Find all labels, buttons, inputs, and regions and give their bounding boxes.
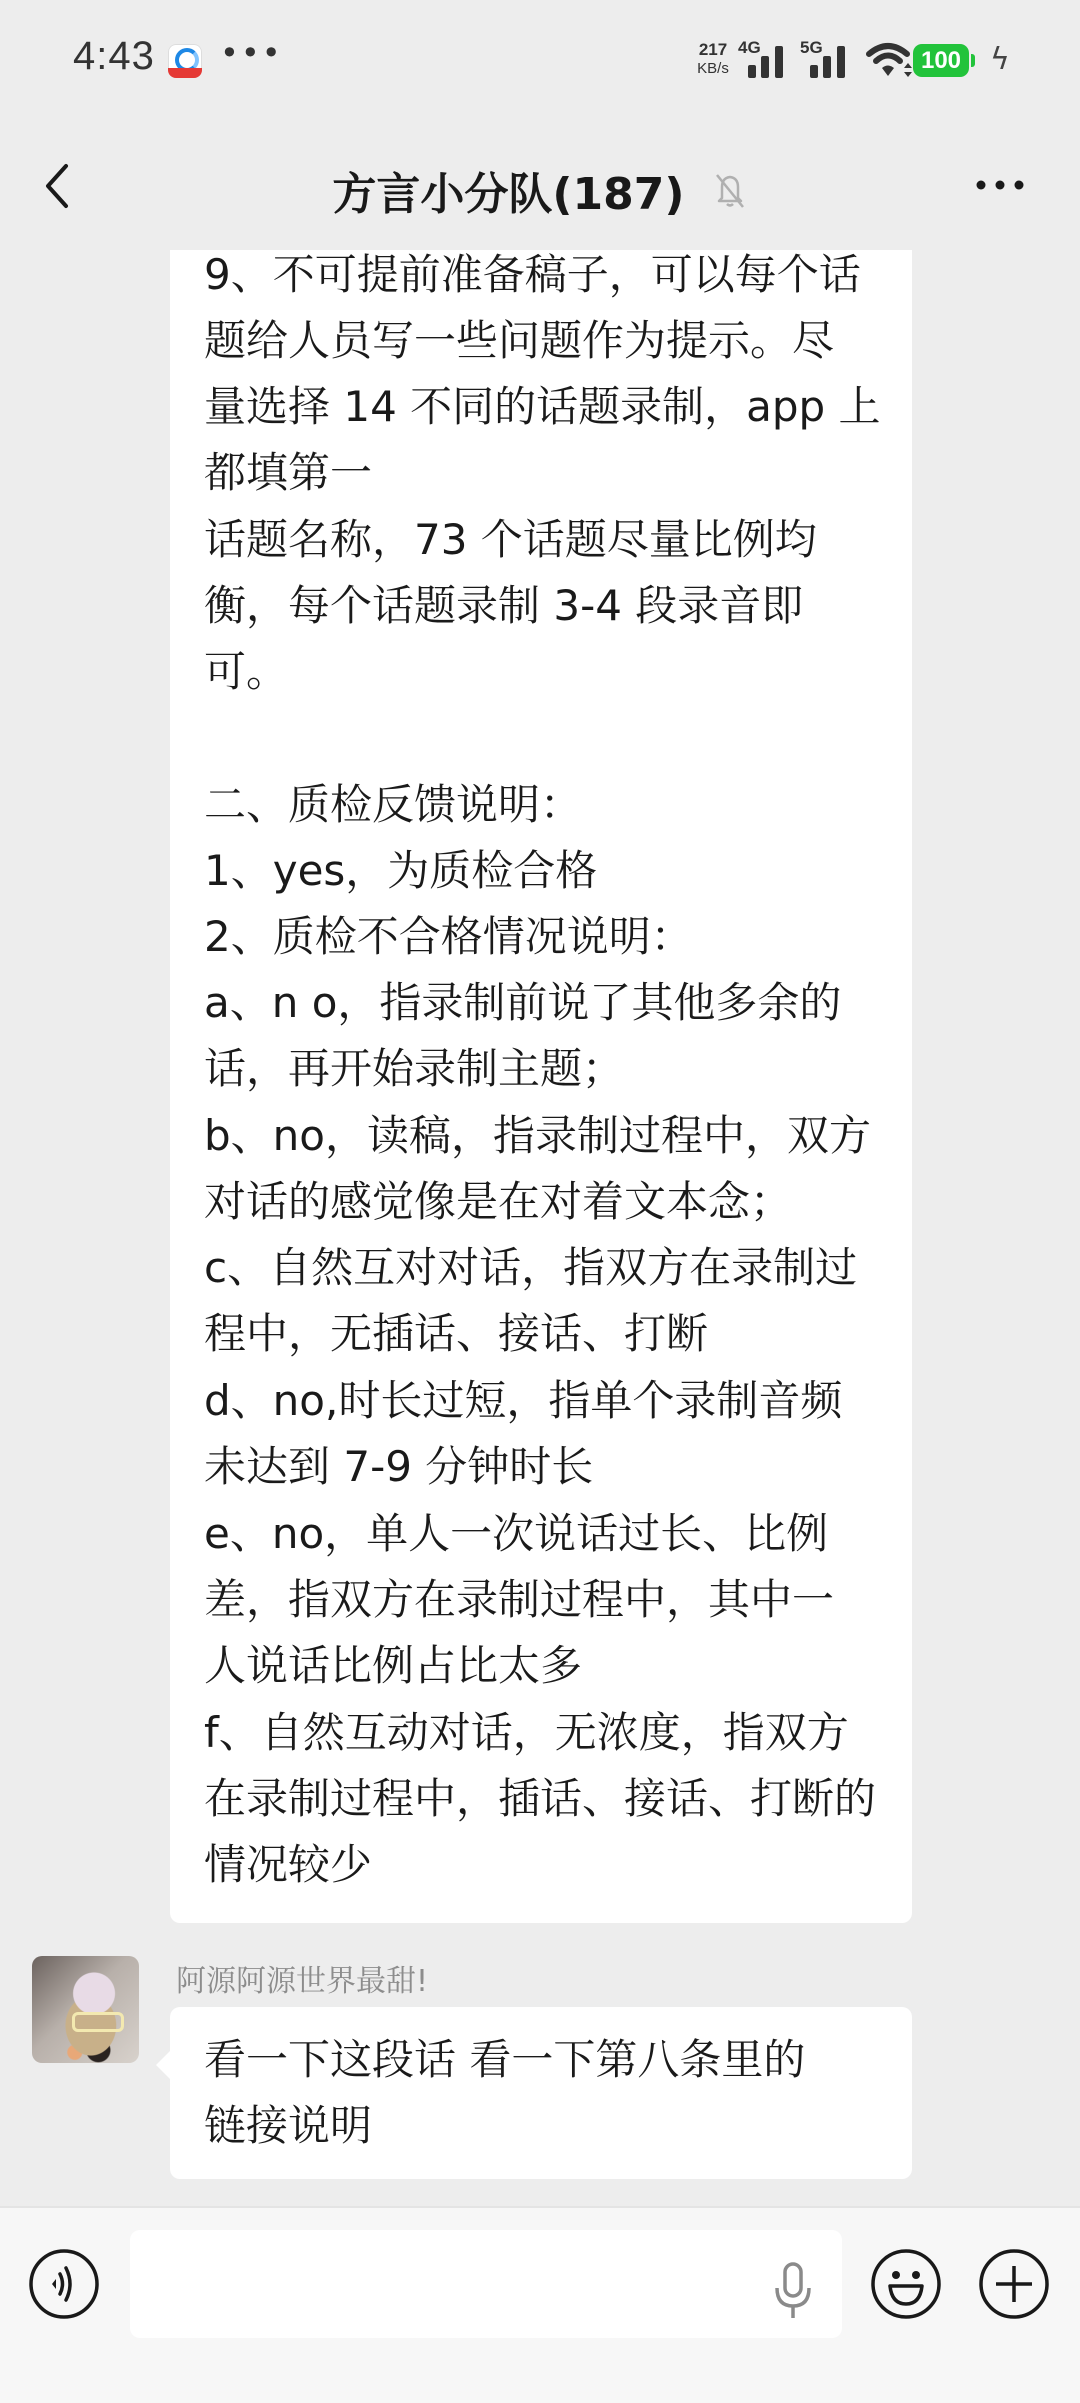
plus-circle-icon[interactable] <box>978 2248 1050 2320</box>
bell-off-icon <box>712 170 748 210</box>
app-notification-icon <box>168 44 202 78</box>
message-line: 看一下这段话 看一下第八条里的 <box>204 2027 805 2093</box>
more-horizontal-icon[interactable] <box>972 172 1028 198</box>
signal-4g-label: 4G <box>738 38 761 58</box>
avatar[interactable] <box>32 1956 139 2063</box>
message-line: 未达到 7-9 分钟时长 <box>204 1434 593 1500</box>
message-line: 对话的感觉像是在对着文本念； <box>204 1169 792 1235</box>
signal-5g-icon: 5G <box>800 44 858 78</box>
message-line: d、no,时长过短，指单个录制音频 <box>204 1368 842 1434</box>
signal-5g-label: 5G <box>800 38 823 58</box>
status-time: 4:43 <box>73 34 155 79</box>
message-line: 程中，无插话、接话、打断 <box>204 1301 708 1367</box>
voice-mode-icon[interactable] <box>28 2248 100 2320</box>
chat-title[interactable]: 方言小分队(187) <box>332 169 684 220</box>
message-line: 衡，每个话题录制 3-4 段录音即 <box>204 573 803 639</box>
wifi-icon <box>866 40 916 80</box>
emoji-smile-icon[interactable] <box>870 2248 942 2320</box>
message-line: 量选择 14 不同的话题录制，app 上 <box>204 374 881 440</box>
message-input[interactable] <box>130 2230 842 2338</box>
signal-4g-icon: 4G <box>738 44 796 78</box>
message-line: b、no，读稿，指录制过程中，双方 <box>204 1103 871 1169</box>
message-line: 二、质检反馈说明： <box>204 772 582 838</box>
network-speed: 217 KB/s <box>692 40 734 78</box>
message-line: 人说话比例占比太多 <box>204 1633 582 1699</box>
network-speed-value: 217 <box>692 40 734 59</box>
message-line: 题给人员写一些问题作为提示。尽 <box>204 308 834 374</box>
message-bubble[interactable]: 9、不可提前准备稿子，可以每个话 题给人员写一些问题作为提示。尽 量选择 14 … <box>170 250 912 1923</box>
message-line: 可。 <box>204 639 288 705</box>
battery-icon: 100 <box>913 44 969 77</box>
message-line: a、n o，指录制前说了其他多余的 <box>204 970 841 1036</box>
message-line: 情况较少 <box>204 1832 372 1898</box>
message-line: c、自然互对对话，指双方在录制过 <box>204 1235 857 1301</box>
message-line: 1、yes，为质检合格 <box>204 838 597 904</box>
sender-name: 阿源阿源世界最甜! <box>176 1956 428 2000</box>
message-list[interactable]: 9、不可提前准备稿子，可以每个话 题给人员写一些问题作为提示。尽 量选择 14 … <box>0 250 1080 2205</box>
status-bar: 4:43 ••• 217 KB/s 4G 5G 100 ϟ <box>0 0 1080 120</box>
message-bubble[interactable]: 看一下这段话 看一下第八条里的 链接说明 <box>170 2007 912 2179</box>
message-line: 话题名称，73 个话题尽量比例均 <box>204 507 817 573</box>
message-line: 在录制过程中，插话、接话、打断的 <box>204 1766 876 1832</box>
chat-input-bar <box>0 2206 1080 2403</box>
message-line: 9、不可提前准备稿子，可以每个话 <box>204 250 861 308</box>
more-notifications-icon: ••• <box>220 34 283 72</box>
message-line: f、自然互动对话，无浓度，指双方 <box>204 1700 849 1766</box>
network-speed-unit: KB/s <box>692 59 734 78</box>
message-line: 话，再开始录制主题； <box>204 1036 624 1102</box>
message-line: 都填第一 <box>204 440 372 506</box>
charging-icon: ϟ <box>990 42 1010 77</box>
chat-header: 方言小分队(187) <box>0 120 1080 250</box>
message-line: 差，指双方在录制过程中，其中一 <box>204 1567 834 1633</box>
microphone-icon[interactable] <box>772 2260 814 2322</box>
message-line: e、no，单人一次说话过长、比例 <box>204 1501 828 1567</box>
message-line: 链接说明 <box>204 2093 372 2159</box>
message-line: 2、质检不合格情况说明： <box>204 904 693 970</box>
